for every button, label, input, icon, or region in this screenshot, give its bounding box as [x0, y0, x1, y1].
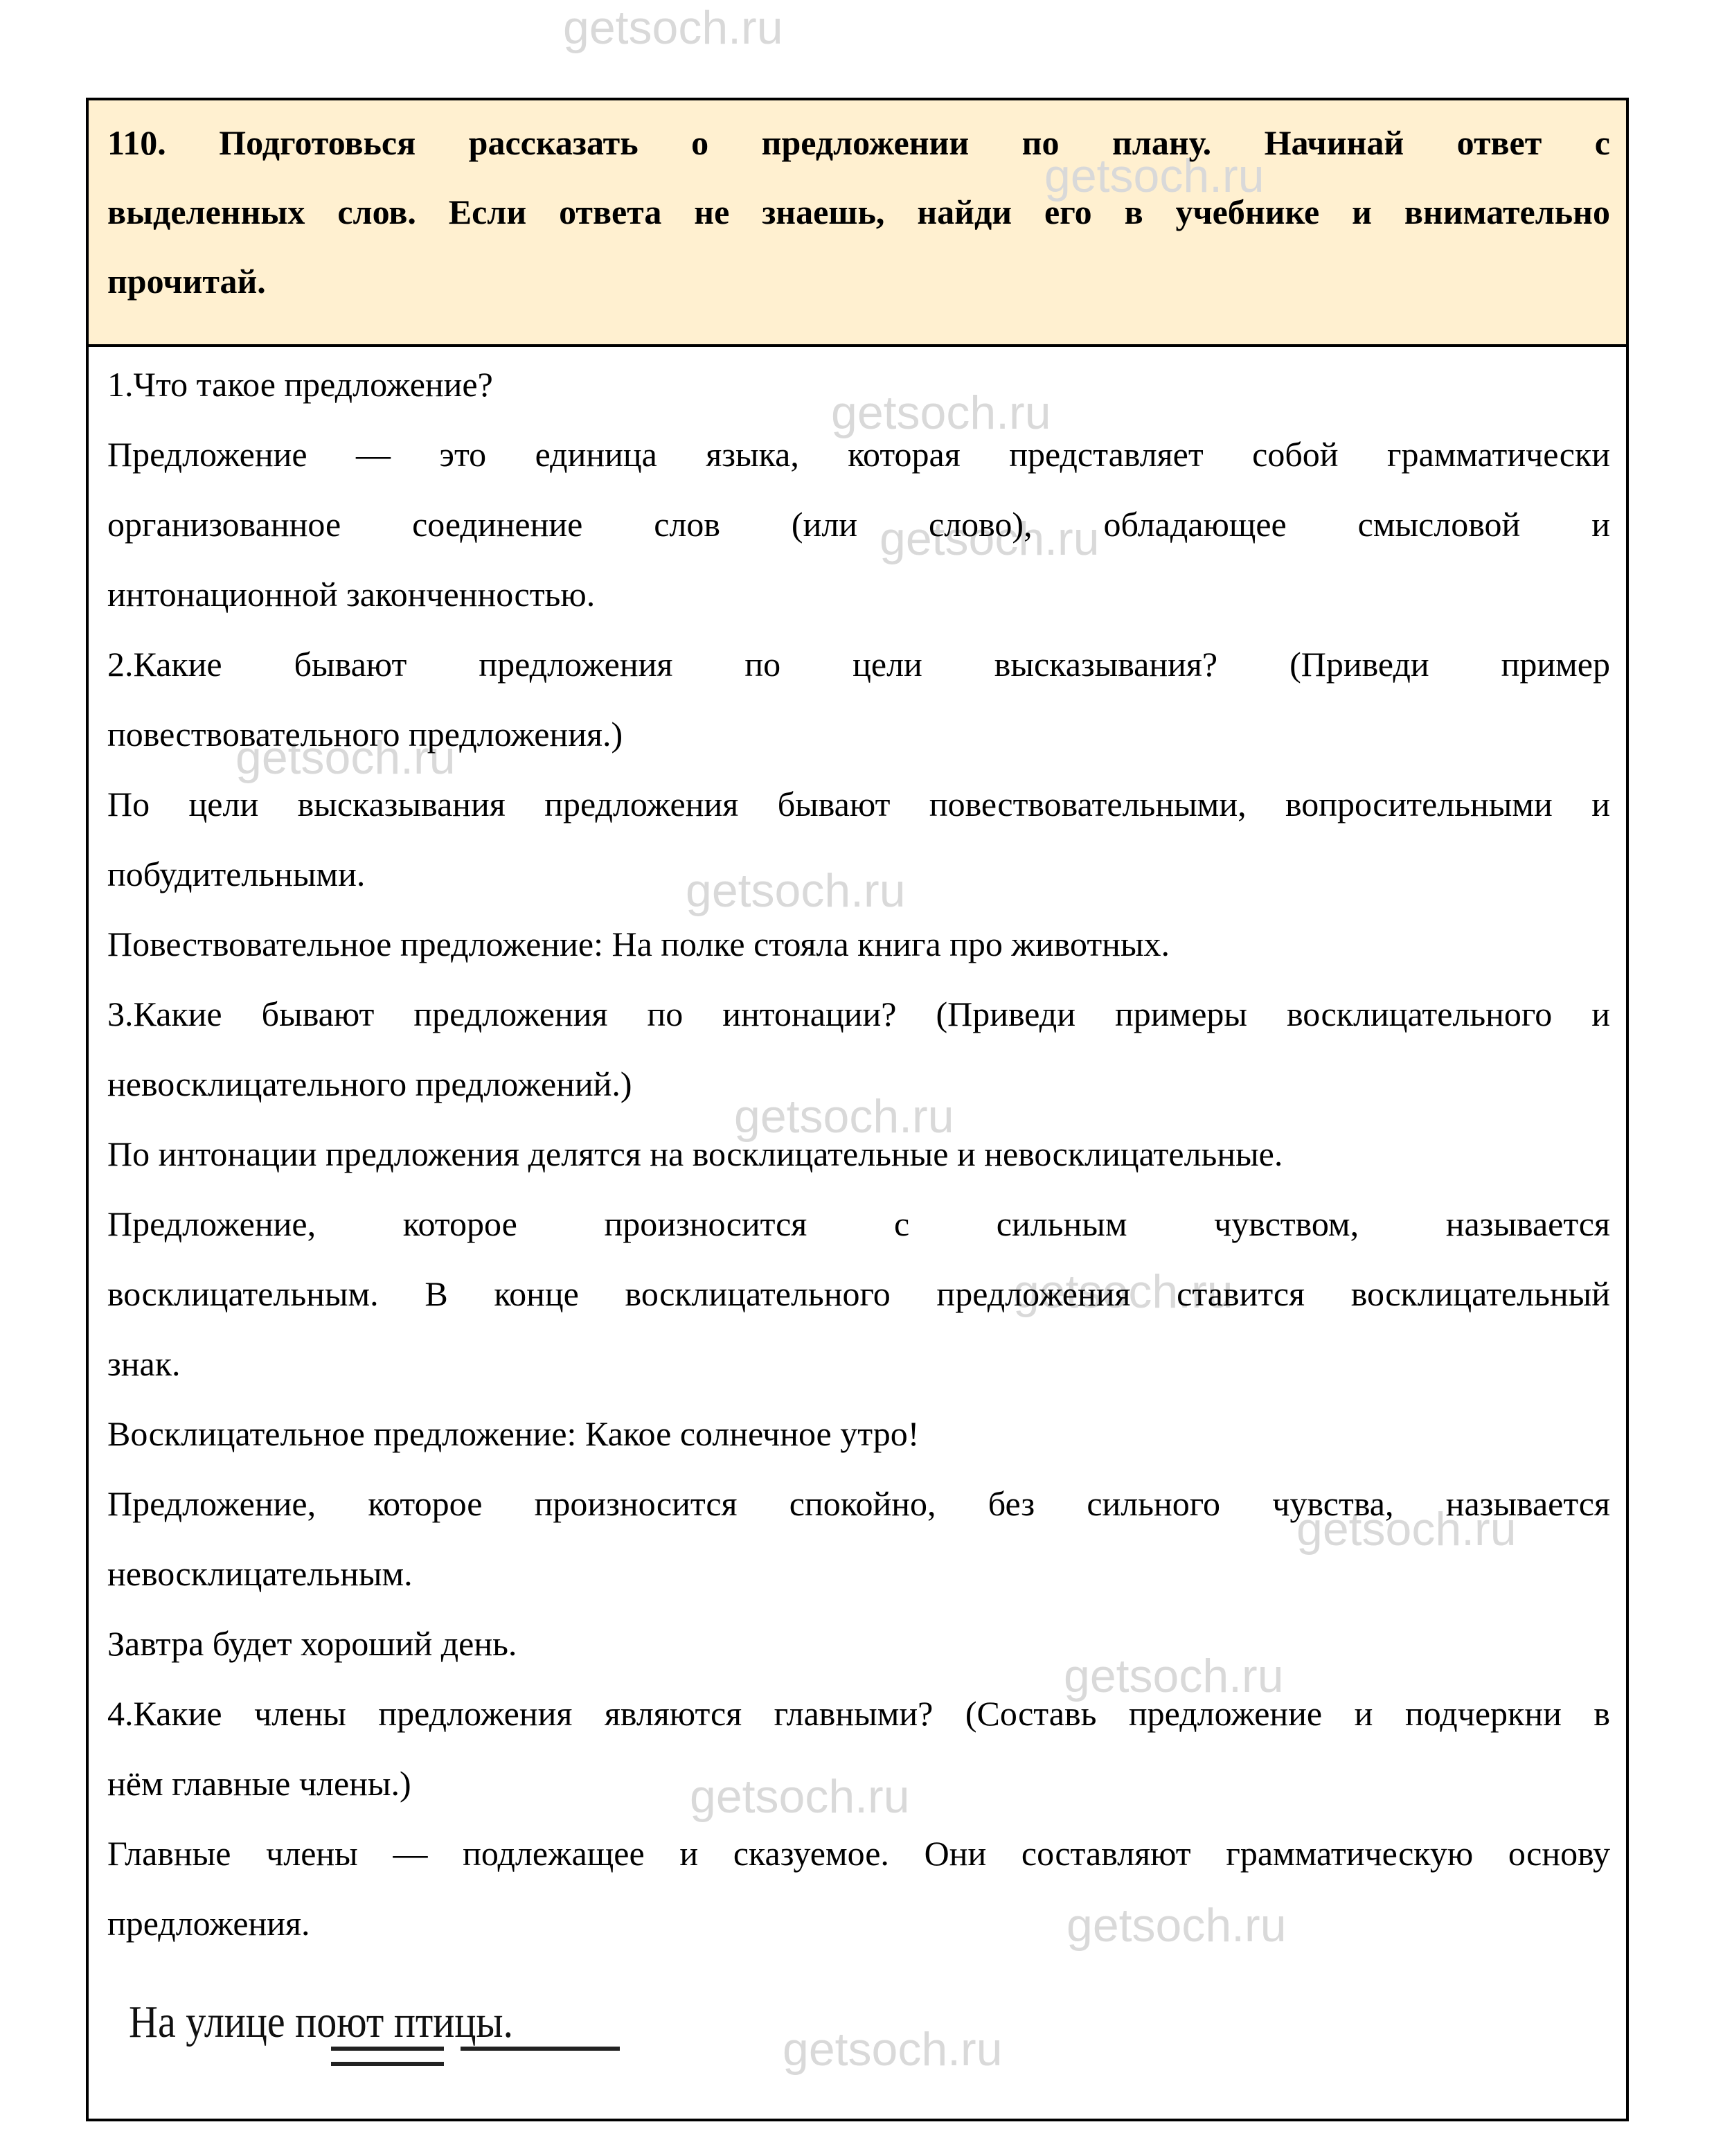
answer-line: невосклицательным. — [107, 1553, 1610, 1594]
example-line: Завтра будет хороший день. — [107, 1623, 1610, 1664]
predicate-underline-2 — [331, 2062, 444, 2066]
answer-line: знак. — [107, 1343, 1610, 1384]
example-sentence: На улице поют птицы. — [129, 1998, 513, 2047]
question-2-cont: повествовательного предложения.) — [107, 713, 1610, 755]
answer-line: побудительными. — [107, 853, 1610, 895]
answer-line: предложения. — [107, 1903, 1610, 1944]
task-prompt-line: прочитай. — [107, 260, 1610, 302]
answer-line: По цели высказывания предложения бывают … — [107, 783, 1610, 825]
answer-line: Предложение — это единица языка, которая… — [107, 434, 1610, 475]
question-4-cont: нём главные члены.) — [107, 1763, 1610, 1804]
question-3: 3.Какие бывают предложения по интонации?… — [107, 993, 1610, 1035]
question-3-cont: невосклицательного предложений.) — [107, 1063, 1610, 1105]
answer-line: Главные члены — подлежащее и сказуемое. … — [107, 1833, 1610, 1874]
watermark: getsoch.ru — [563, 4, 783, 51]
task-prompt-line: 110. Подготовься рассказать о предложени… — [107, 122, 1610, 163]
answer-line: организованное соединение слов (или слов… — [107, 504, 1610, 545]
question-4: 4.Какие члены предложения являются главн… — [107, 1693, 1610, 1734]
task-prompt-line: выделенных слов. Если ответа не знаешь, … — [107, 191, 1610, 233]
answer-line: Предложение, которое произносится с силь… — [107, 1203, 1610, 1245]
example-line: Восклицательное предложение: Какое солне… — [107, 1413, 1610, 1454]
answer-line: интонационной законченностью. — [107, 573, 1610, 615]
answer-line: Предложение, которое произносится спокой… — [107, 1483, 1610, 1524]
example-line: Повествовательное предложение: На полке … — [107, 923, 1610, 965]
subject-underline — [461, 2047, 620, 2051]
question-1: 1.Что такое предложение? — [107, 364, 1610, 405]
answer-line: восклицательным. В конце восклицательног… — [107, 1273, 1610, 1315]
question-2: 2.Какие бывают предложения по цели выска… — [107, 643, 1610, 685]
predicate-underline-1 — [331, 2047, 444, 2051]
answer-line: По интонации предложения делятся на воск… — [107, 1133, 1610, 1175]
